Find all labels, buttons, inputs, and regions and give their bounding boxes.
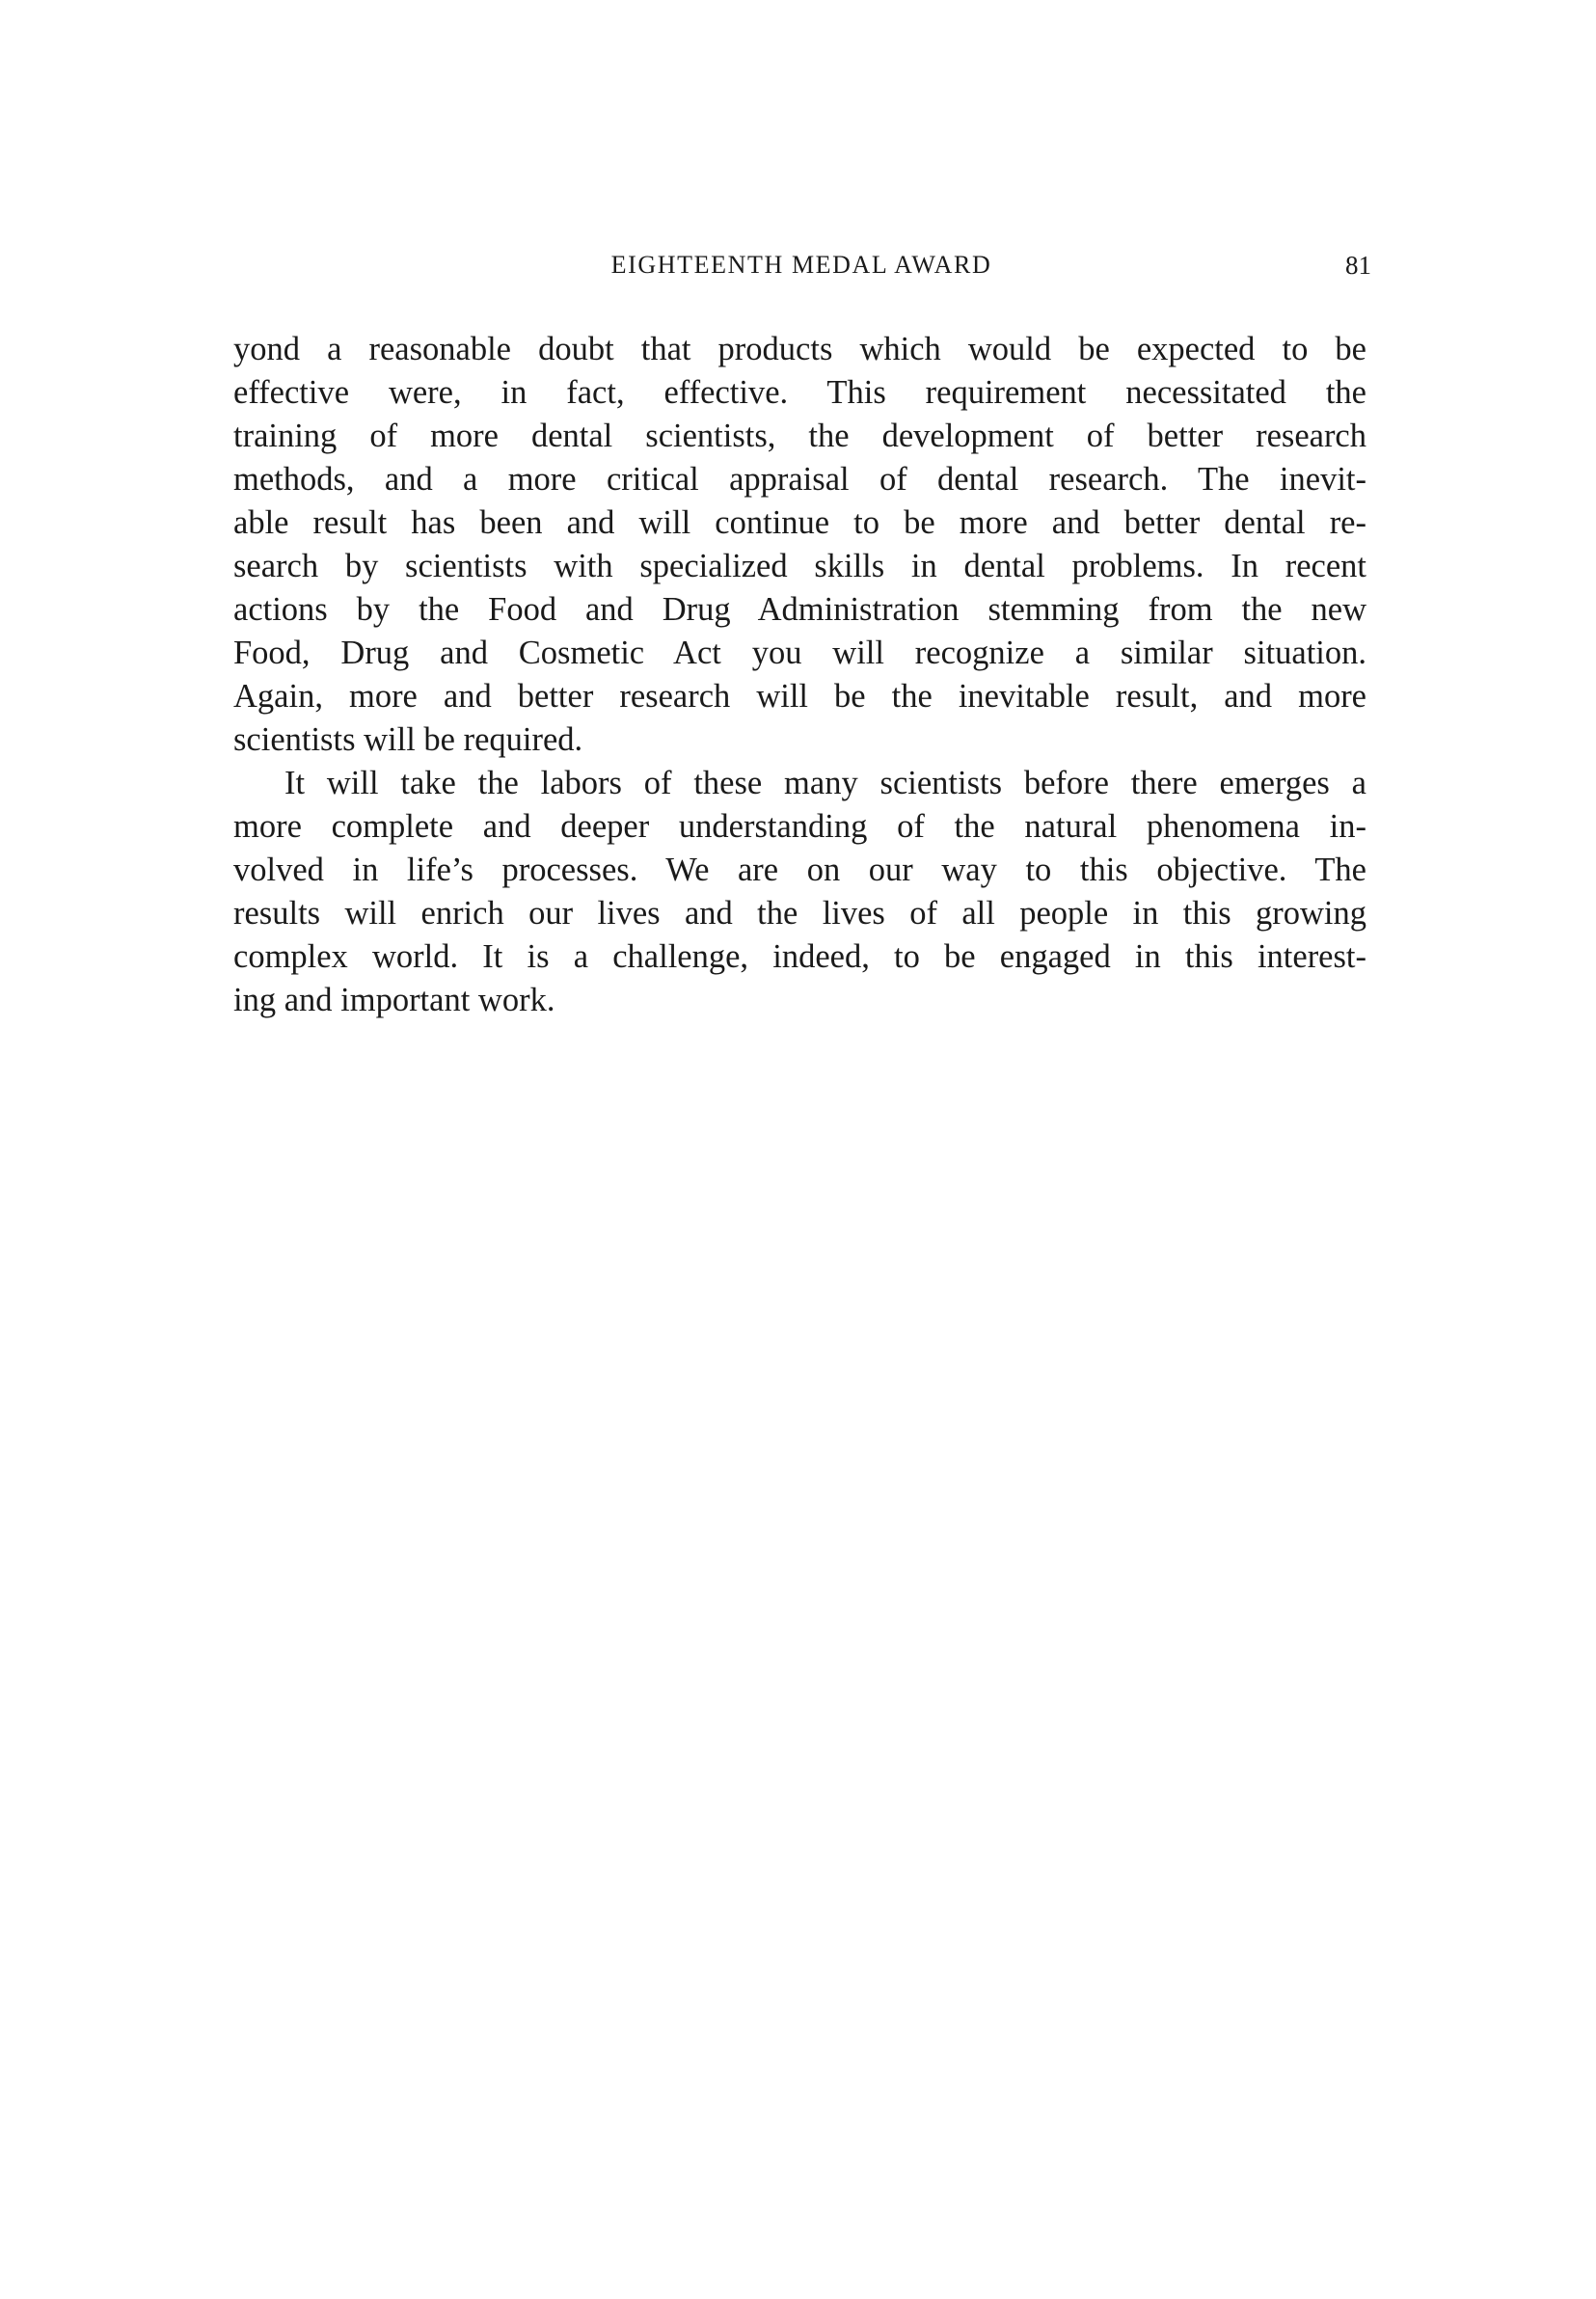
running-title: EIGHTEENTH MEDAL AWARD (571, 249, 1032, 282)
text-line: search by scientists with specialized sk… (233, 545, 1366, 588)
text-line: complex world. It is a challenge, indeed… (233, 935, 1366, 979)
paragraph-1: yond a reasonable doubt that products wh… (233, 328, 1366, 762)
text-line: more complete and deeper understanding o… (233, 805, 1366, 849)
text-line: volved in life’s processes. We are on ou… (233, 849, 1366, 892)
text-line: able result has been and will continue t… (233, 501, 1366, 545)
text-line: training of more dental scientists, the … (233, 415, 1366, 458)
text-line: methods, and a more critical appraisal o… (233, 458, 1366, 501)
text-line: ing and important work. (233, 979, 1366, 1022)
text-line: scientists will be required. (233, 718, 1366, 762)
text-line: Again, more and better research will be … (233, 675, 1366, 718)
paragraph-2: It will take the labors of these many sc… (233, 762, 1366, 1022)
text-line: Food, Drug and Cosmetic Act you will rec… (233, 632, 1366, 675)
text-line: yond a reasonable doubt that products wh… (233, 328, 1366, 371)
text-line: results will enrich our lives and the li… (233, 892, 1366, 935)
text-line: actions by the Food and Drug Administrat… (233, 588, 1366, 632)
body-text: yond a reasonable doubt that products wh… (233, 328, 1366, 1022)
text-line: effective were, in fact, effective. This… (233, 371, 1366, 415)
text-line: It will take the labors of these many sc… (233, 762, 1366, 805)
page-number: 81 (1345, 249, 1371, 282)
running-head: EIGHTEENTH MEDAL AWARD 81 (233, 249, 1371, 282)
